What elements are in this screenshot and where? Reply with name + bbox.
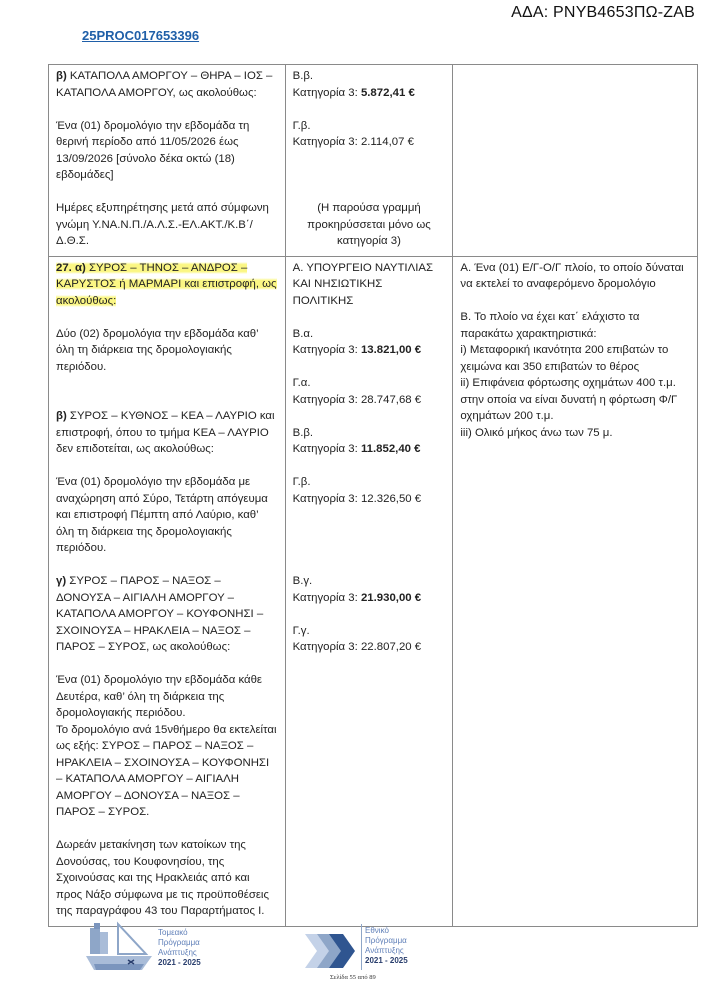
routes-table: β) ΚΑΤΑΠΟΛΑ ΑΜΟΡΓΟΥ – ΘΗΡΑ – ΙΟΣ – ΚΑΤΑΠ… [48,64,698,927]
route-schedule: Ένα (01) δρομολόγιο την εβδομάδα τη θερι… [56,118,278,184]
subsidy-amount: Κατηγορία 3: 12.326,50 € [293,491,446,508]
category-note: (Η παρούσα γραμμή προκηρύσσεται μόνο ως … [293,200,446,250]
route-cell: β) ΚΑΤΑΠΟΛΑ ΑΜΟΡΓΟΥ – ΘΗΡΑ – ΙΟΣ – ΚΑΤΑΠ… [49,65,286,257]
table-row: 27. α) ΣΥΡΟΣ – ΤΗΝΟΣ – ΑΝΔΡΟΣ – ΚΑΡΥΣΤΟΣ… [49,256,698,926]
page-number: Σελίδα 55 από 89 [330,974,376,981]
page-footer: Τομεακό Πρόγραμμα Ανάπτυξης 2021 - 2025 … [0,918,713,988]
subsidy-amount: Κατηγορία 3: 5.872,41 € [293,85,446,102]
subsidy-code: Γ.β. [293,118,446,135]
route-schedule: Ένα (01) δρομολόγιο την εβδομάδα με αναχ… [56,474,278,557]
vessel-requirement-length: iii) Ολικό μήκος άνω των 75 μ. [460,425,690,442]
subsidy-code: Γ.α. [293,375,446,392]
subsidy-amount: Κατηγορία 3: 21.930,00 € [293,590,446,607]
subsidy-amount: Κατηγορία 3: 13.821,00 € [293,342,446,359]
subsidy-cell: Β.β. Κατηγορία 3: 5.872,41 € Γ.β. Κατηγο… [285,65,453,257]
route-text: ΚΑΤΑΠΟΛΑ ΑΜΟΡΓΟΥ – ΘΗΡΑ – ΙΟΣ – ΚΑΤΑΠΟΛΑ… [56,70,272,99]
vessel-requirement-a: Α. Ένα (01) Ε/Γ-Ο/Γ πλοίο, το οποίο δύνα… [460,260,690,293]
route-cell: 27. α) ΣΥΡΟΣ – ΤΗΝΟΣ – ΑΝΔΡΟΣ – ΚΑΡΥΣΤΟΣ… [49,256,286,926]
route-note: Ημέρες εξυπηρέτησης μετά από σύμφωνη γνώ… [56,200,278,250]
route-description: γ) ΣΥΡΟΣ – ΠΑΡΟΣ – ΝΑΞΟΣ – ΔΟΝΟΥΣΑ – ΑΙΓ… [56,573,278,656]
subsidy-amount: Κατηγορία 3: 28.747,68 € [293,392,446,409]
vessel-requirement-loading-area: ii) Επιφάνεια φόρτωσης οχημάτων 400 τ.μ.… [460,375,690,425]
subsidy-code: Β.β. [293,68,446,85]
subsidy-amount: Κατηγορία 3: 22.807,20 € [293,639,446,656]
vessel-requirements-cell: Α. Ένα (01) Ε/Γ-Ο/Γ πλοίο, το οποίο δύνα… [453,256,698,926]
subsidy-code: Β.γ. [293,573,446,590]
vessel-requirement-b-intro: Β. Το πλοίο να έχει κατ΄ ελάχιστο τα παρ… [460,309,690,342]
route-schedule: Ένα (01) δρομολόγιο την εβδομάδα κάθε Δε… [56,672,278,722]
ada-code: ΑΔΑ: PNYB4653ΠΩ-ZAB [511,4,695,22]
subsidy-amount: Κατηγορία 3: 11.852,40 € [293,441,446,458]
logo-text: Εθνικό Πρόγραμμα Ανάπτυξης 2021 - 2025 [365,926,408,966]
ship-icon [84,920,154,976]
chevrons-icon [303,926,359,976]
vessel-requirements-cell [453,65,698,257]
route-schedule-alternate: Το δρομολόγιο ανά 15νθήμερο θα εκτελείτα… [56,722,278,821]
table-row: β) ΚΑΤΑΠΟΛΑ ΑΜΟΡΓΟΥ – ΘΗΡΑ – ΙΟΣ – ΚΑΤΑΠ… [49,65,698,257]
vessel-requirement-capacity: i) Μεταφορική ικανότητα 200 επιβατών το … [460,342,690,375]
subsidy-code: Β.α. [293,326,446,343]
subsidy-amount: Κατηγορία 3: 2.114,07 € [293,134,446,151]
subsidy-code: Γ.β. [293,474,446,491]
route-schedule: Δύο (02) δρομολόγια την εβδομάδα καθ’ όλ… [56,326,278,376]
free-travel-note: Δωρεάν μετακίνηση των κατοίκων της Δονού… [56,837,278,920]
logo-text: Τομεακό Πρόγραμμα Ανάπτυξης 2021 - 2025 [158,928,201,968]
regional-development-program-logo: Τομεακό Πρόγραμμα Ανάπτυξης 2021 - 2025 [84,920,224,980]
route-description: β) ΣΥΡΟΣ – ΚΥΘΝΟΣ – ΚΕΑ – ΛΑΥΡΙΟ και επι… [56,408,278,458]
route-label: β) [56,70,67,82]
subsidy-cell: Α. ΥΠΟΥΡΓΕΙΟ ΝΑΥΤΙΛΙΑΣ ΚΑΙ ΝΗΣΙΩΤΙΚΗΣ ΠΟ… [285,256,453,926]
authority: Α. ΥΠΟΥΡΓΕΙΟ ΝΑΥΤΙΛΙΑΣ ΚΑΙ ΝΗΣΙΩΤΙΚΗΣ ΠΟ… [293,260,446,310]
logo-divider [361,924,362,970]
subsidy-code: Β.β. [293,425,446,442]
route-description-highlighted: 27. α) ΣΥΡΟΣ – ΤΗΝΟΣ – ΑΝΔΡΟΣ – ΚΑΡΥΣΤΟΣ… [56,260,278,310]
route-description: β) ΚΑΤΑΠΟΛΑ ΑΜΟΡΓΟΥ – ΘΗΡΑ – ΙΟΣ – ΚΑΤΑΠ… [56,68,278,101]
proc-reference-link[interactable]: 25PROC017653396 [82,28,199,43]
subsidy-code: Γ.γ. [293,623,446,640]
national-development-program-logo: Εθνικό Πρόγραμμα Ανάπτυξης 2021 - 2025 [303,920,423,980]
